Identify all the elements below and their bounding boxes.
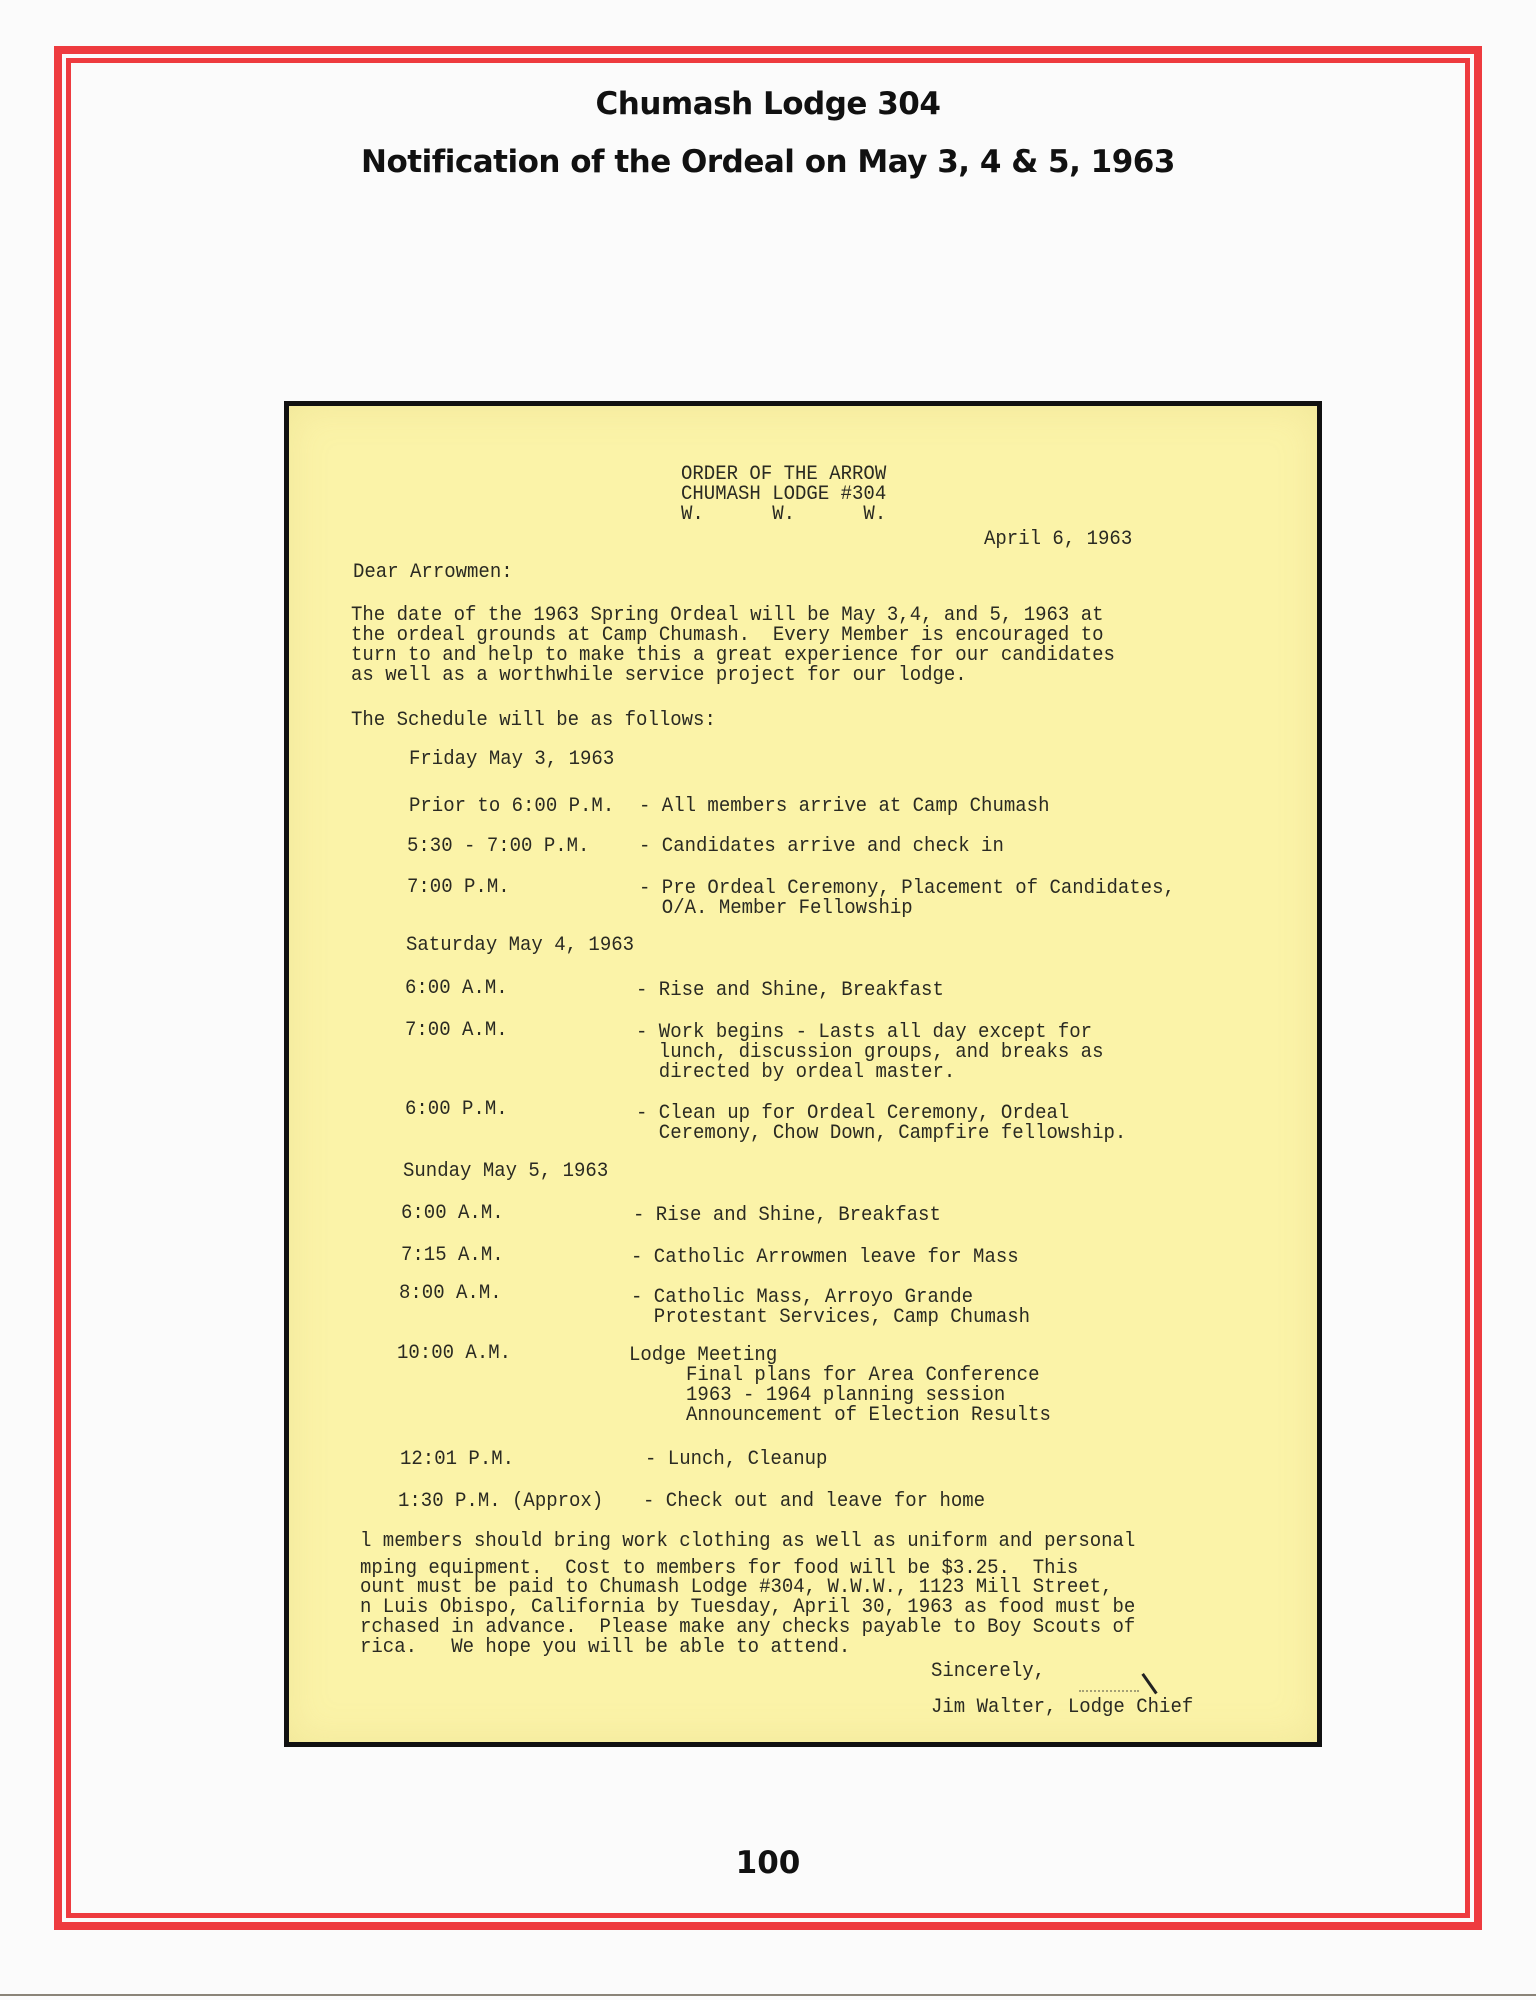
event-time: 6:00 P.M. — [405, 1098, 508, 1119]
event-desc: Protestant Services, Camp Chumash — [631, 1306, 1030, 1327]
event-desc: - Lunch, Cleanup — [645, 1448, 827, 1469]
schedule-intro: The Schedule will be as follows: — [351, 709, 716, 730]
event-time: 7:00 A.M. — [405, 1019, 508, 1040]
closing-line: l members should bring work clothing as … — [360, 1530, 1135, 1551]
salutation: Dear Arrowmen: — [353, 561, 513, 582]
event-desc: Announcement of Election Results — [629, 1404, 1051, 1425]
closing-line: rica. We hope you will be able to attend… — [360, 1636, 850, 1657]
page-title: Chumash Lodge 304 — [0, 86, 1536, 122]
event-desc: Ceremony, Chow Down, Campfire fellowship… — [636, 1122, 1126, 1143]
letter-date: April 6, 1963 — [984, 528, 1132, 549]
day-heading-saturday: Saturday May 4, 1963 — [406, 934, 634, 955]
valediction: Sincerely, — [931, 1660, 1045, 1681]
event-desc: O/A. Member Fellowship — [639, 897, 913, 918]
page-number: 100 — [0, 1845, 1536, 1881]
event-time: 6:00 A.M. — [401, 1202, 504, 1223]
event-time: 7:00 P.M. — [407, 876, 510, 897]
event-time: 7:15 A.M. — [401, 1244, 504, 1265]
event-time: 5:30 - 7:00 P.M. — [407, 835, 589, 856]
event-time: 10:00 A.M. — [397, 1342, 511, 1363]
event-desc: - All members arrive at Camp Chumash — [639, 795, 1049, 816]
intro-line: as well as a worthwhile service project … — [351, 664, 967, 685]
event-time: 6:00 A.M. — [405, 977, 508, 998]
signature-name: Jim Walter, Lodge Chief — [931, 1696, 1193, 1717]
event-desc: directed by ordeal master. — [636, 1061, 955, 1082]
event-time: 1:30 P.M. (Approx) — [398, 1490, 603, 1511]
day-heading-sunday: Sunday May 5, 1963 — [403, 1160, 608, 1181]
event-desc: - Rise and Shine, Breakfast — [633, 1204, 941, 1225]
page-subtitle: Notification of the Ordeal on May 3, 4 &… — [0, 144, 1536, 180]
event-desc: - Check out and leave for home — [643, 1490, 985, 1511]
event-desc: - Catholic Arrowmen leave for Mass — [631, 1246, 1019, 1267]
event-time: Prior to 6:00 P.M. — [409, 795, 614, 816]
event-time: 12:01 P.M. — [400, 1448, 514, 1469]
day-heading-friday: Friday May 3, 1963 — [409, 748, 614, 769]
event-desc: - Rise and Shine, Breakfast — [636, 979, 944, 1000]
letterhead-line-3: W. W. W. — [681, 503, 886, 524]
scan-edge-divider — [0, 1994, 1536, 1996]
event-desc: - Candidates arrive and check in — [639, 835, 1004, 856]
event-time: 8:00 A.M. — [399, 1282, 502, 1303]
